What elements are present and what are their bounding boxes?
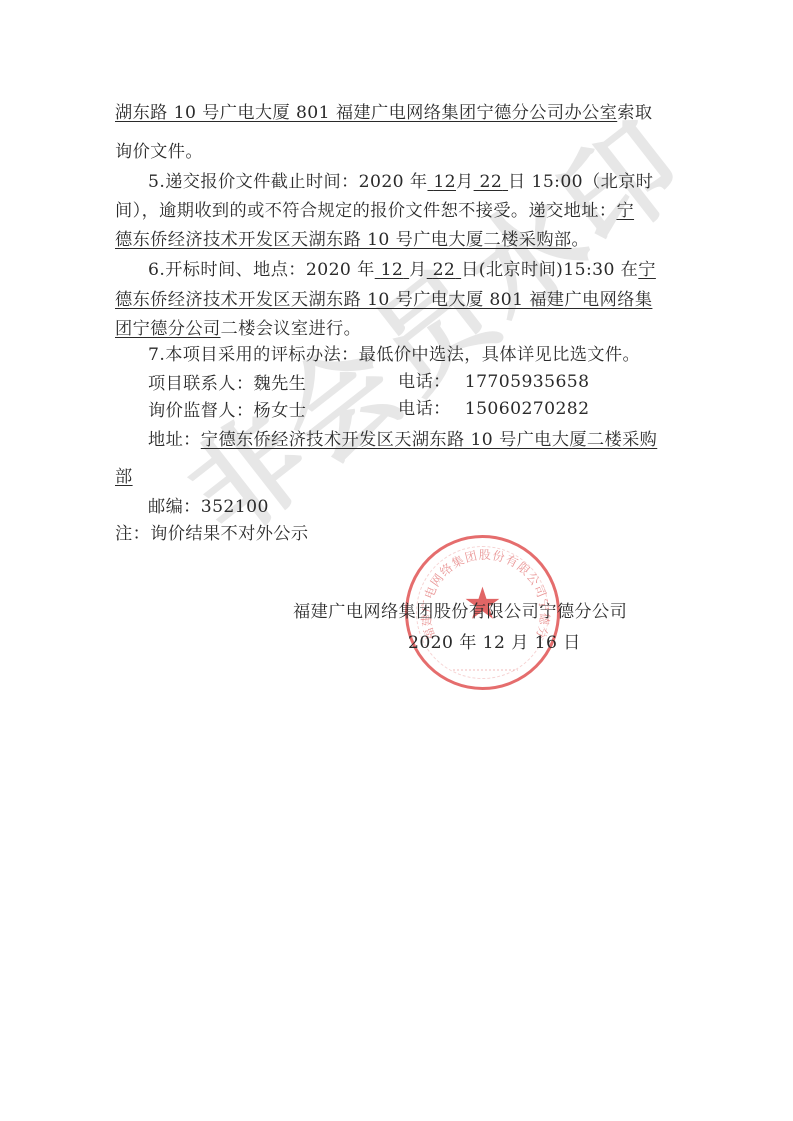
- phone-number: 15060270282: [465, 399, 590, 419]
- office-address-underlined: 湖东路 10 号广电大厦 801 福建广电网络集团宁德分公司办公室: [115, 103, 617, 123]
- address-value-end: 部: [115, 467, 133, 487]
- contact-person: 项目联系人：魏先生: [148, 374, 306, 394]
- item-7-evaluation: 7.本项目采用的评标办法：最低价中选法，具体详见比选文件。: [148, 344, 640, 366]
- opening-address: 德东侨经济技术开发区天湖东路 10 号广电大厦 801 福建广电网络集: [115, 290, 652, 310]
- text-fragment: 二楼会议室进行。: [221, 319, 362, 339]
- contact-phone-row-1: 电话：17705935658: [398, 371, 589, 393]
- opening-month: 12: [375, 259, 409, 281]
- deadline-month: 12: [427, 171, 456, 193]
- phone-label: 电话：: [398, 372, 451, 392]
- supervisor-person: 询价监督人：杨女士: [148, 401, 306, 421]
- contact-row-2: 询价监督人：杨女士: [148, 400, 306, 422]
- contact-phone-row-2: 电话：15060270282: [398, 398, 589, 420]
- paragraph-4-continuation: 湖东路 10 号广电大厦 801 福建广电网络集团宁德分公司办公室索取: [115, 102, 652, 124]
- address-value: 宁德东侨经济技术开发区天湖东路 10 号广电大厦二楼采购: [201, 430, 658, 450]
- postcode: 邮编：352100: [148, 496, 269, 518]
- address-line-1: 地址：宁德东侨经济技术开发区天湖东路 10 号广电大厦二楼采购: [148, 429, 657, 451]
- document-page: 非会员水印 湖东路 10 号广电大厦 801 福建广电网络集团宁德分公司办公室索…: [0, 0, 793, 1121]
- text-fragment: 。: [572, 230, 590, 250]
- opening-address-end: 团宁德分公司: [115, 319, 221, 339]
- text-fragment: 5.递交报价文件截止时间：2020 年: [148, 172, 427, 192]
- text-fragment: 索取: [617, 103, 652, 123]
- item-6-opening: 6.开标时间、地点：2020 年 12 月 22 日(北京时间)15:30 在宁: [148, 259, 656, 281]
- item-6-line-3: 团宁德分公司二楼会议室进行。: [115, 318, 361, 340]
- signature-company: 福建广电网络集团股份有限公司宁德分公司: [293, 601, 627, 623]
- text-fragment: 日(北京时间)15:30 在: [461, 260, 638, 280]
- paragraph-4-end: 询价文件。: [115, 141, 203, 163]
- contact-row-1: 项目联系人：魏先生: [148, 373, 306, 395]
- address-label: 地址：: [148, 430, 201, 450]
- text-fragment: 6.开标时间、地点：2020 年: [148, 260, 375, 280]
- text-fragment: 日 15:00（北京时: [508, 172, 653, 192]
- item-5-line-2: 间），逾期收到的或不符合规定的报价文件恕不接受。递交地址：宁: [115, 200, 634, 222]
- opening-day: 22: [427, 259, 461, 281]
- submission-address: 德东侨经济技术开发区天湖东路 10 号广电大厦二楼采购部: [115, 230, 572, 250]
- item-6-line-2: 德东侨经济技术开发区天湖东路 10 号广电大厦 801 福建广电网络集: [115, 289, 652, 311]
- text-fragment: 月: [456, 172, 474, 192]
- signature-date: 2020 年 12 月 16 日: [408, 632, 581, 654]
- item-5-deadline: 5.递交报价文件截止时间：2020 年 12月 22 日 15:00（北京时: [148, 171, 653, 193]
- text-fragment: 月: [409, 260, 427, 280]
- note: 注：询价结果不对外公示: [115, 523, 308, 545]
- postcode-value: 352100: [201, 497, 269, 517]
- deadline-day: 22: [474, 171, 508, 193]
- submission-address-start: 宁: [616, 201, 634, 221]
- postcode-label: 邮编：: [148, 497, 201, 517]
- item-5-line-3: 德东侨经济技术开发区天湖东路 10 号广电大厦二楼采购部。: [115, 229, 589, 251]
- phone-label: 电话：: [398, 399, 451, 419]
- text-fragment: 间），逾期收到的或不符合规定的报价文件恕不接受。递交地址：: [115, 201, 616, 221]
- opening-address-start: 宁: [638, 260, 656, 280]
- address-line-2: 部: [115, 466, 133, 488]
- phone-number: 17705935658: [465, 372, 590, 392]
